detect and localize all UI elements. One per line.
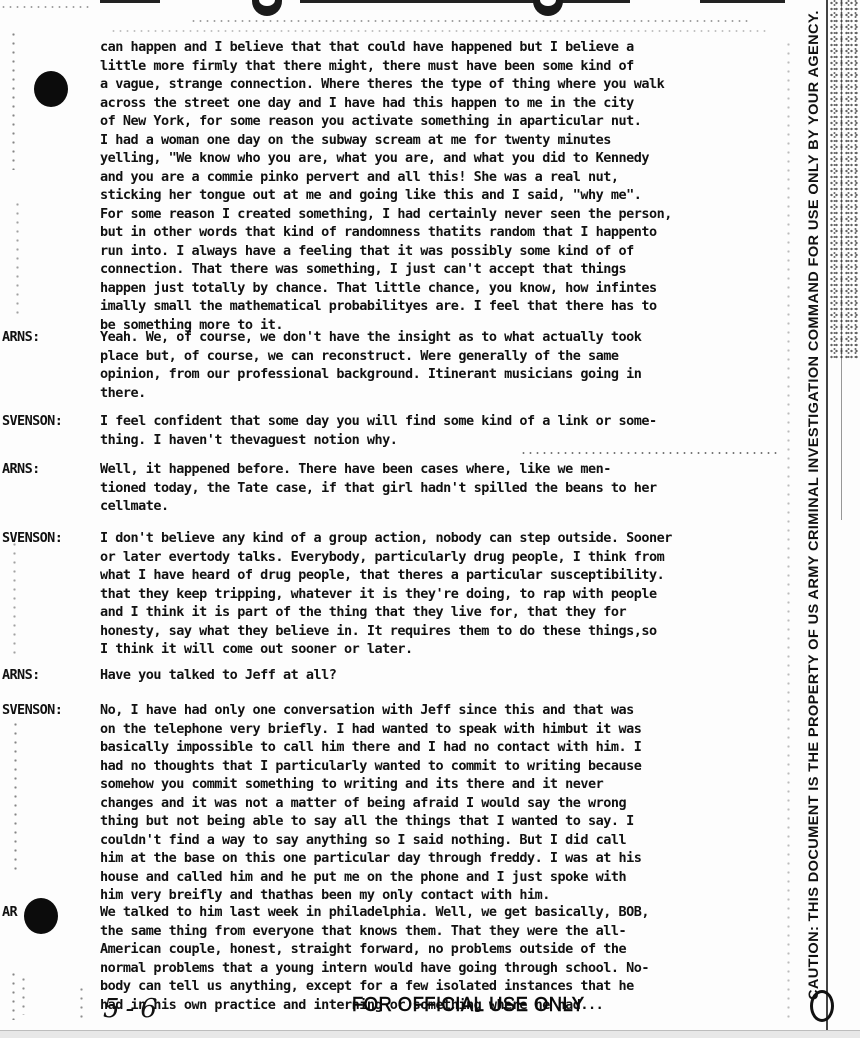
speaker-label: ARNS: [2, 666, 40, 685]
scan-noise [110, 30, 770, 32]
text-line: normal problems that a young intern woul… [100, 959, 649, 978]
text-line: No, I have had only one conversation wit… [100, 701, 641, 720]
side-border-line [826, 0, 828, 1030]
text-line: place but, of course, we can reconstruct… [100, 347, 641, 366]
text-line: yelling, "We know who you are, what you … [100, 149, 672, 168]
scan-noise [13, 540, 16, 660]
text-line: him at the base on this one particular d… [100, 849, 641, 868]
text-line: happen just totally by chance. That litt… [100, 279, 672, 298]
scan-noise [80, 985, 83, 1020]
scan-noise [829, 0, 859, 360]
block-text: Have you talked to Jeff at all? [100, 666, 340, 685]
official-use-stamp: FOR OFFICIAL USE ONLY [352, 994, 585, 1017]
text-line: the same thing from everyone that knows … [100, 922, 649, 941]
scan-noise [0, 6, 90, 8]
text-line: American couple, honest, straight forwar… [100, 940, 649, 959]
top-rule-left [100, 0, 160, 3]
caution-side-text: CAUTION: THIS DOCUMENT IS THE PROPERTY O… [806, 10, 821, 1000]
text-line: on the telephone very briefly. I had wan… [100, 720, 641, 739]
text-line: and you are a commie pinko pervert and a… [100, 168, 672, 187]
text-line: or later evertody talks. Everybody, part… [100, 548, 672, 567]
block-text: Well, it happened before. There have bee… [100, 460, 665, 516]
text-line: run into. I always have a feeling that i… [100, 242, 672, 261]
text-line: basically impossible to call him there a… [100, 738, 641, 757]
text-line: cellmate. [100, 497, 657, 516]
speaker-label: SVENSON: [2, 701, 62, 720]
scanned-page: can happen and I believe that that could… [0, 0, 860, 1038]
text-line: opinion, from our professional backgroun… [100, 365, 641, 384]
text-line: him very breifly and thathas been my onl… [100, 886, 641, 905]
text-line: sticking her tongue out at me and going … [100, 186, 672, 205]
text-line: across the street one day and I have had… [100, 94, 672, 113]
block-text: can happen and I believe that that could… [100, 38, 681, 334]
text-line: thing. I haven't thevaguest notion why. [100, 431, 657, 450]
block-text: Yeah. We, of course, we don't have the i… [100, 328, 650, 402]
block-text: I feel confident that some day you will … [100, 412, 665, 449]
scan-noise [787, 40, 790, 1020]
text-line: We talked to him last week in philadelph… [100, 903, 649, 922]
scan-noise [22, 975, 25, 1015]
text-line: Yeah. We, of course, we don't have the i… [100, 328, 641, 347]
text-line: somehow you commit something to writing … [100, 775, 641, 794]
text-line: and I think it is part of the thing that… [100, 603, 672, 622]
text-line: changes and it was not a matter of being… [100, 794, 641, 813]
text-line: there. [100, 384, 641, 403]
text-line: imally small the mathematical probabilit… [100, 297, 672, 316]
side-circle-mark [810, 990, 834, 1022]
speaker-label: ARNS: [2, 328, 40, 347]
punch-hole-bottom [24, 898, 58, 934]
scan-noise [14, 720, 17, 870]
scan-noise [190, 20, 750, 22]
text-line: a vague, strange connection. Where there… [100, 75, 672, 94]
top-rule-right [700, 0, 785, 3]
text-line: of New York, for some reason you activat… [100, 112, 672, 131]
text-line: I don't believe any kind of a group acti… [100, 529, 672, 548]
block-text: I don't believe any kind of a group acti… [100, 529, 681, 659]
text-line: body can tell us anything, except for a … [100, 977, 649, 996]
top-rule-center [300, 0, 630, 3]
speaker-label: SVENSON: [2, 529, 62, 548]
text-line: For some reason I created something, I h… [100, 205, 672, 224]
text-line: that they keep tripping, whatever it is … [100, 585, 672, 604]
handwritten-page-number: 5-6 [103, 994, 163, 1024]
text-line: little more firmly that there might, the… [100, 57, 672, 76]
text-line: can happen and I believe that that could… [100, 38, 672, 57]
scan-noise [12, 30, 15, 170]
text-line: I think it will come out sooner or later… [100, 640, 672, 659]
binder-hole-left [252, 0, 282, 16]
text-line: I had a woman one day on the subway scre… [100, 131, 672, 150]
text-line: had no thoughts that I particularly want… [100, 757, 641, 776]
binder-hole-right [533, 0, 563, 16]
punch-hole-top [34, 71, 68, 107]
text-line: couldn't find a way to say anything so I… [100, 831, 641, 850]
block-text: No, I have had only one conversation wit… [100, 701, 650, 905]
text-line: honesty, say what they believe in. It re… [100, 622, 672, 641]
text-line: I feel confident that some day you will … [100, 412, 657, 431]
speaker-label: ARNS: [2, 460, 40, 479]
speaker-label: SVENSON: [2, 412, 62, 431]
text-line: house and called him and he put me on th… [100, 868, 641, 887]
text-line: but in other words that kind of randomne… [100, 223, 672, 242]
text-line: Well, it happened before. There have bee… [100, 460, 657, 479]
text-line: tioned today, the Tate case, if that gir… [100, 479, 657, 498]
speaker-label: AR [2, 903, 17, 922]
text-line: Have you talked to Jeff at all? [100, 666, 336, 685]
scan-noise [520, 452, 780, 454]
scan-noise [12, 970, 15, 1020]
page-bottom-edge [0, 1030, 860, 1038]
text-line: connection. That there was something, I … [100, 260, 672, 279]
text-line: thing but not being able to say all the … [100, 812, 641, 831]
scan-noise [16, 200, 19, 320]
text-line: what I have heard of drug people, that t… [100, 566, 672, 585]
